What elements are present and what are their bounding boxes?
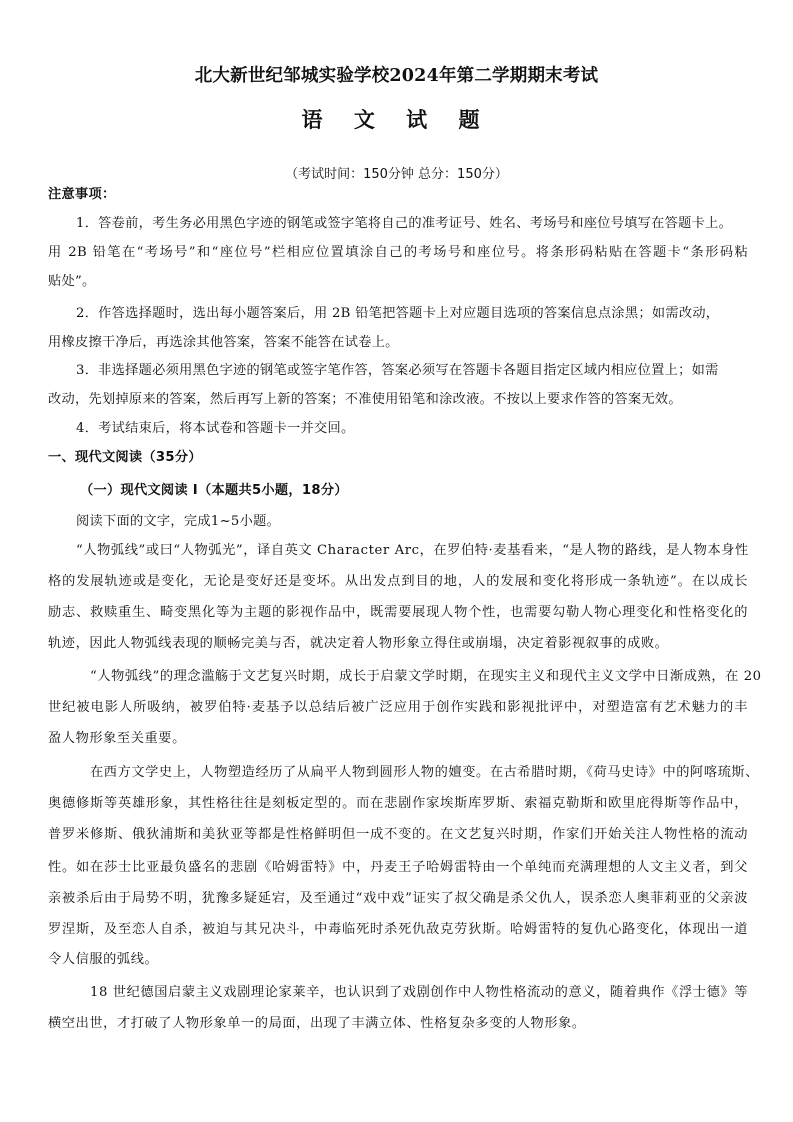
passage-line: 亲被杀后由于局势不明，犹豫多疑延宕，及至通过“戏中戏”证实了叔父确是杀父仇人，误… [48, 891, 748, 907]
section-heading: 一、现代文阅读（35分） [48, 450, 748, 466]
notice-line: 3．非选择题必须用黑色字迹的钢笔或签字笔作答，答案必须写在答题卡各题目指定区域内… [76, 363, 748, 379]
passage-line: 奥德修斯等英雄形象，其性格往往是刻板定型的。而在悲剧作家埃斯库罗斯、索福克勒斯和… [48, 796, 748, 812]
sub-section-heading: （一）现代文阅读 I（本题共5小题，18分） [80, 483, 780, 499]
passage-line: 罗涅斯，及至恋人自杀，被迫与其兄决斗，中毒临死时杀死仇敌克劳狄斯。哈姆雷特的复仇… [48, 922, 748, 938]
reading-instruction: 阅读下面的文字，完成1~5小题。 [76, 514, 776, 530]
notice-line: 用橡皮擦干净后，再选涂其他答案，答案不能答在试卷上。 [48, 335, 748, 351]
passage-line: 性。如在莎士比亚最负盛名的悲剧《哈姆雷特》中，丹麦王子哈姆雷特由一个单纯而充满理… [48, 860, 748, 876]
exam-page: 北大新世纪邹城实验学校2024年第二学期期末考试 语 文 试 题 （考试时间：1… [0, 0, 793, 1122]
notice-line: 2．作答选择题时，选出每小题答案后，用 2B 铅笔把答题卡上对应题目选项的答案信… [76, 306, 748, 322]
notice-line: 改动，先划掉原来的答案，然后再写上新的答案；不准使用铅笔和涂改液。不按以上要求作… [48, 392, 748, 408]
passage-line: “人物弧线”的理念滥觞于文艺复兴时期，成长于启蒙文学时期，在现实主义和现代主义文… [90, 669, 730, 685]
passage-line: 令人信服的弧线。 [48, 952, 748, 968]
notice-line: 4．考试结束后，将本试卷和答题卡一并交回。 [76, 421, 776, 437]
passage-line: 励志、救赎重生、畸变黑化等为主题的影视作品中，既需要展现人物个性，也需要勾勒人物… [48, 605, 748, 621]
notice-line: 用 2B 铅笔在“考场号”和“座位号”栏相应位置填涂自己的考场号和座位号。将条形… [48, 245, 748, 261]
subject-title: 语 文 试 题 [0, 104, 793, 134]
passage-line: 世纪被电影人所吸纳，被罗伯特·麦基予以总结后被广泛应用于创作实践和影视批评中，对… [48, 700, 748, 716]
passage-line: 普罗米修斯、俄狄浦斯和美狄亚等都是性格鲜明但一成不变的。在文艺复兴时期，作家们开… [48, 827, 748, 843]
passage-line: 横空出世，才打破了人物形象单一的局面，出现了丰满立体、性格复杂多变的人物形象。 [48, 1016, 748, 1032]
exam-info: （考试时间：150分钟 总分：150分） [0, 163, 793, 182]
school-exam-title: 北大新世纪邹城实验学校2024年第二学期期末考试 [0, 62, 793, 87]
notice-line: 1．答卷前，考生务必用黑色字迹的钢笔或签字笔将自己的准考证号、姓名、考场号和座位… [76, 216, 748, 232]
passage-line: 18 世纪德国启蒙主义戏剧理论家莱辛，也认识到了戏剧创作中人物性格流动的意义，随… [90, 985, 748, 1001]
passage-line: 格的发展轨迹或是变化，无论是变好还是变坏。从出发点到目的地，人的发展和变化将形成… [48, 574, 748, 590]
passage-line: “人物弧线”或曰“人物弧光”，译自英文 Character Arc，在罗伯特·麦… [76, 543, 748, 559]
passage-line: 盈人物形象至关重要。 [48, 731, 748, 747]
passage-line: 在西方文学史上，人物塑造经历了从扁平人物到圆形人物的嬗变。在古希腊时期，《荷马史… [90, 765, 748, 781]
notice-line: 贴处”。 [48, 274, 748, 290]
passage-line: 轨迹，因此人物弧线表现的顺畅完美与否，就决定着人物形象立得住或崩塌，决定着影视叙… [48, 636, 748, 652]
notice-heading: 注意事项： [48, 187, 748, 203]
